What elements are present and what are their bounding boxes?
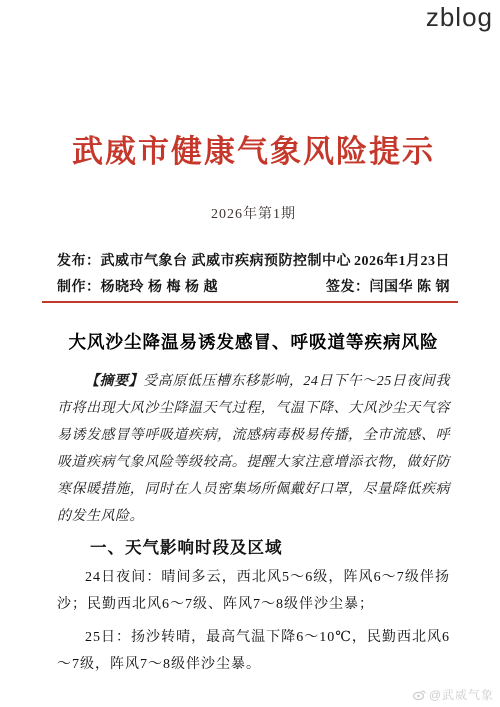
producer-value: 杨晓玲 杨 梅 杨 越 [101,280,219,295]
weather-paragraph-25th: 25日：扬沙转晴，最高气温下降6～10℃，民勤西北风6～7级，阵风7～8级伴沙尘… [57,624,450,678]
section-title-weather-period: 一、天气影响时段及区域 [57,534,450,558]
weibo-watermark: @武威气象 [413,686,494,703]
signer-value: 闫国华 陈 钢 [370,280,451,295]
publisher-label: 发布： [57,254,101,269]
zblog-watermark: zblog [426,2,493,33]
page-title: 武威市健康气象风险提示 [57,126,450,171]
weibo-handle: @武威气象 [429,686,494,703]
weather-paragraph-24th: 24日夜间：晴间多云，西北风5～6级，阵风6～7级伴扬沙；民勤西北风6～7级、阵… [57,564,450,618]
article-headline: 大风沙尘降温易诱发感冒、呼吸道等疾病风险 [57,329,450,354]
issue-date: 2026年1月23日 [354,249,450,275]
producer-label: 制作： [57,280,101,295]
producer-text: 制作：杨晓玲 杨 梅 杨 越 [57,275,218,301]
meta-block: 发布：武威市气象台 武威市疾病预防控制中心 2026年1月23日 制作：杨晓玲 … [57,249,450,301]
publisher-text: 发布：武威市气象台 武威市疾病预防控制中心 [57,249,351,275]
document-content: 武威市健康气象风险提示 2026年第1期 发布：武威市气象台 武威市疾病预防控制… [0,0,500,678]
document-page: zblog 武威市健康气象风险提示 2026年第1期 发布：武威市气象台 武威市… [0,0,500,707]
signer-label: 签发： [326,280,370,295]
weibo-icon [413,689,426,700]
red-divider-line [42,301,458,303]
producer-row: 制作：杨晓玲 杨 梅 杨 越 签发：闫国华 陈 钢 [57,275,450,301]
publisher-row: 发布：武威市气象台 武威市疾病预防控制中心 2026年1月23日 [57,249,450,275]
issue-number: 2026年第1期 [57,203,450,223]
abstract-text: 受高原低压槽东移影响，24日下午～25日夜间我市将出现大风沙尘降温天气过程，气温… [57,374,450,524]
abstract-label: 【摘要】 [85,374,143,389]
abstract-paragraph: 【摘要】受高原低压槽东移影响，24日下午～25日夜间我市将出现大风沙尘降温天气过… [57,368,450,530]
signer-text: 签发：闫国华 陈 钢 [326,275,450,301]
publisher-value: 武威市气象台 武威市疾病预防控制中心 [101,254,352,269]
